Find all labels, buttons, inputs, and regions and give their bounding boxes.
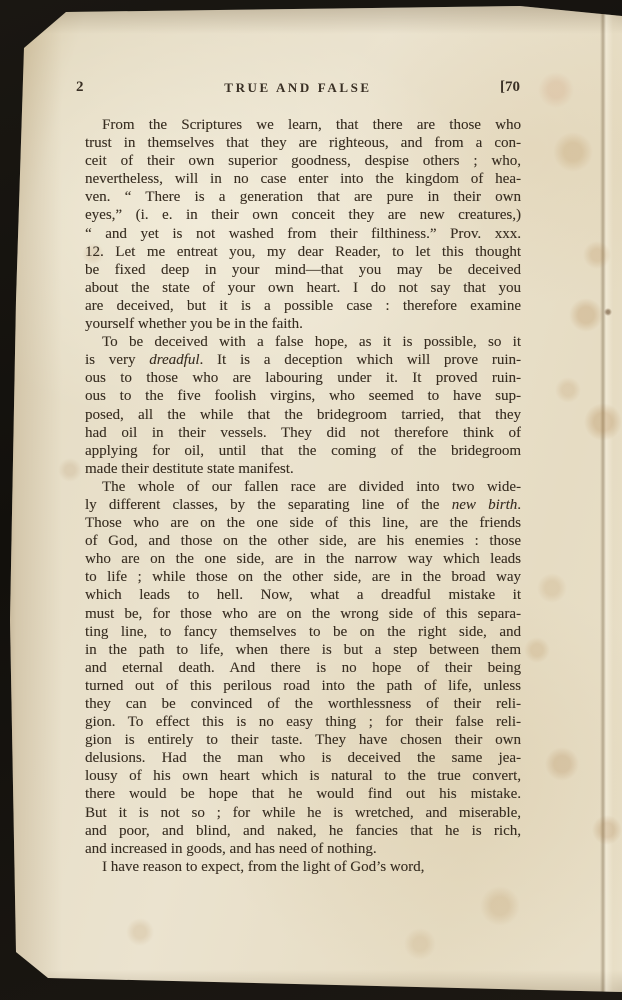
text-segment: gion. To effect this is no easy thing ; … [85,714,521,730]
folio-number: [70 [500,79,520,96]
paragraph: I have reason to expect, from the light … [85,858,521,876]
text-segment: is very [85,352,149,368]
paragraph: To be deceived with a false hope, as it … [85,333,521,478]
italic-text: new birth [452,497,518,513]
text-line: ting line, to fancy themselves to be on … [85,623,521,641]
text-line: delusions. Had the man who is deceived t… [85,749,521,767]
text-segment: trust in themselves that they are righte… [85,135,521,151]
text-segment: The whole of our fallen race are divided… [102,479,521,495]
running-title: TRUE AND FALSE [224,80,371,96]
text-segment: who are on the one side, are in the narr… [85,551,521,567]
text-line: they can be convinced of the worthlessne… [85,695,521,713]
text-segment: there would be hope that he would find o… [85,786,521,802]
text-segment: 12. Let me entreat you, my dear Reader, … [85,244,521,260]
text-segment: ceit of their own superior goodness, des… [85,153,521,169]
text-line: gion is entirely to their taste. They ha… [85,731,521,749]
text-segment: . [517,497,521,513]
text-segment: be fixed deep in your mind—that you may … [85,262,521,278]
text-segment: ting line, to fancy themselves to be on … [85,624,521,640]
text-segment: To be deceived with a false hope, as it … [102,334,521,350]
book-page: 2 TRUE AND FALSE [70 From the Scriptures… [0,0,622,1000]
text-line: which leads to hell. Now, what a dreadfu… [85,586,521,604]
text-line: of God, and those on the other side, are… [85,532,521,550]
text-segment: which leads to hell. Now, what a dreadfu… [85,587,521,603]
text-segment: and eternal death. And there is no hope … [85,660,521,676]
page-text: From the Scriptures we learn, that there… [85,116,521,876]
text-segment: and poor, and blind, and naked, he fanci… [85,823,521,839]
text-line: ceit of their own superior goodness, des… [85,152,521,170]
text-segment: ous to the five foolish virgins, who see… [85,388,521,404]
text-segment: nevertheless, will in no case enter into… [85,171,521,187]
text-line: is very dreadful. It is a deception whic… [85,351,521,369]
text-line: To be deceived with a false hope, as it … [85,333,521,351]
text-line: ven. “ There is a generation that are pu… [85,188,521,206]
book-photo: 2 TRUE AND FALSE [70 From the Scriptures… [0,0,622,1000]
text-segment: Those who are on the one side of this li… [85,515,521,531]
text-segment: gion is entirely to their taste. They ha… [85,732,521,748]
text-line: made their destitute state manifest. [85,460,521,478]
text-segment: . It is a deception which will prove rui… [200,352,521,368]
text-line: about the state of your own heart. I do … [85,279,521,297]
text-line: who are on the one side, are in the narr… [85,550,521,568]
text-segment: But it is not so ; for while he is wretc… [85,805,521,821]
paragraph: From the Scriptures we learn, that there… [85,116,521,333]
text-line: must be, for those who are on the wrong … [85,605,521,623]
text-segment: of God, and those on the other side, are… [85,533,521,549]
page-number: 2 [76,79,84,96]
italic-text: dreadful [149,352,199,368]
text-line: applying for oil, until that the coming … [85,442,521,460]
text-segment: applying for oil, until that the coming … [85,443,521,459]
text-segment: delusions. Had the man who is deceived t… [85,750,521,766]
text-line: to life ; while those on the other side,… [85,568,521,586]
paragraph: The whole of our fallen race are divided… [85,478,521,858]
text-line: From the Scriptures we learn, that there… [85,116,521,134]
text-segment: had oil in their vessels. They did not t… [85,425,521,441]
page-gutter-shading [0,0,70,1000]
text-segment: eyes,” (i. e. in their own conceit they … [85,207,521,223]
text-line: there would be hope that he would find o… [85,785,521,803]
text-line: had oil in their vessels. They did not t… [85,424,521,442]
text-line: eyes,” (i. e. in their own conceit they … [85,206,521,224]
text-segment: ly different classes, by the separating … [85,497,452,513]
text-segment: must be, for those who are on the wrong … [85,606,521,622]
text-segment: and increased in goods, and has need of … [85,841,377,857]
text-line: trust in themselves that they are righte… [85,134,521,152]
text-segment: ous to those who are labouring under it.… [85,370,521,386]
text-segment: lousy of his own heart which is natural … [85,768,521,784]
text-segment: ven. “ There is a generation that are pu… [85,189,521,205]
text-segment: I have reason to expect, from the light … [102,859,424,875]
page-fold-crease [600,0,622,1000]
text-segment: made their destitute state manifest. [85,461,294,477]
text-segment: yourself whether you be in the faith. [85,316,303,332]
text-segment: turned out of this perilous road into th… [85,678,521,694]
text-line: in the path to life, when there is but a… [85,641,521,659]
page-top-shading [0,0,622,34]
text-line: lousy of his own heart which is natural … [85,767,521,785]
text-line: turned out of this perilous road into th… [85,677,521,695]
text-segment: to life ; while those on the other side,… [85,569,521,585]
text-segment: posed, all the while that the bridegroom… [85,407,521,423]
page-bottom-shading [0,970,622,1000]
text-line: are deceived, but it is a possible case … [85,297,521,315]
text-line: ous to those who are labouring under it.… [85,369,521,387]
text-line: But it is not so ; for while he is wretc… [85,804,521,822]
text-line: ous to the five foolish virgins, who see… [85,387,521,405]
text-line: gion. To effect this is no easy thing ; … [85,713,521,731]
text-segment: “ and yet is not washed from their filth… [85,226,521,242]
text-segment: about the state of your own heart. I do … [85,280,521,296]
text-line: “ and yet is not washed from their filth… [85,225,521,243]
text-line: nevertheless, will in no case enter into… [85,170,521,188]
text-segment: From the Scriptures we learn, that there… [102,117,521,133]
text-line: I have reason to expect, from the light … [85,858,521,876]
text-line: The whole of our fallen race are divided… [85,478,521,496]
page-header: 2 TRUE AND FALSE [70 [76,79,520,97]
text-line: posed, all the while that the bridegroom… [85,406,521,424]
text-line: yourself whether you be in the faith. [85,315,521,333]
text-line: and poor, and blind, and naked, he fanci… [85,822,521,840]
text-line: Those who are on the one side of this li… [85,514,521,532]
text-segment: in the path to life, when there is but a… [85,642,521,658]
text-line: and increased in goods, and has need of … [85,840,521,858]
text-line: be fixed deep in your mind—that you may … [85,261,521,279]
text-line: ly different classes, by the separating … [85,496,521,514]
text-line: 12. Let me entreat you, my dear Reader, … [85,243,521,261]
text-line: and eternal death. And there is no hope … [85,659,521,677]
text-segment: they can be convinced of the worthlessne… [85,696,521,712]
text-segment: are deceived, but it is a possible case … [85,298,521,314]
